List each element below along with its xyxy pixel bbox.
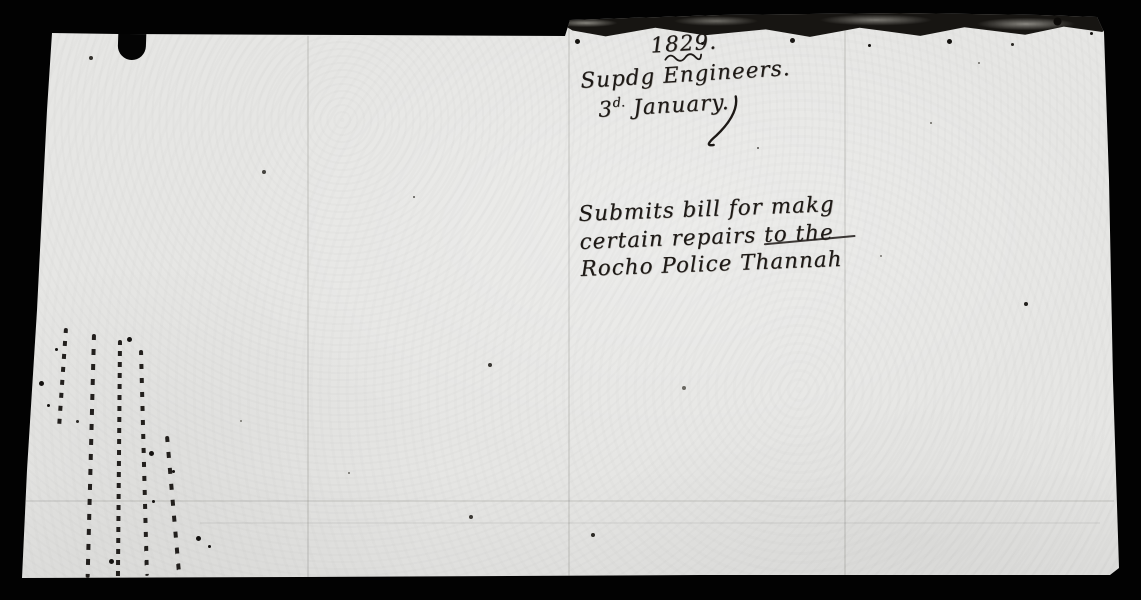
fold-crease-vertical-2	[568, 24, 570, 577]
paper-specks	[0, 0, 2, 2]
fold-crease-horizontal-2	[200, 522, 1100, 524]
torn-edge-ink-drips	[556, 36, 559, 39]
ink-bleed-column-5	[165, 436, 181, 576]
fold-crease-horizontal-1	[26, 500, 1114, 502]
ink-stray-marks	[0, 0, 3, 3]
ink-bleed-column-1	[57, 328, 68, 432]
note-block: Submits bill for makg certain repairs to…	[578, 191, 843, 283]
fold-crease-vertical-1	[307, 36, 309, 577]
ink-bleed-column-4	[139, 350, 149, 576]
scanner-background: 1829. Supdg Engineers. 3d. January. Subm…	[0, 0, 1141, 600]
punch-notch	[117, 26, 146, 61]
torn-edge-stain	[556, 11, 1108, 38]
ink-bleed-column-2	[86, 334, 96, 578]
docket-date-ordinal: d.	[612, 95, 625, 111]
docket-date-day: 3	[598, 97, 614, 123]
fold-crease-vertical-3	[844, 18, 846, 576]
document-page: 1829. Supdg Engineers. 3d. January. Subm…	[0, 0, 1141, 600]
january-flourish	[700, 94, 747, 151]
docket-annotation: 1829. Supdg Engineers. 3d. January.	[578, 27, 803, 124]
docket-year: 1829.	[650, 27, 799, 58]
ink-bleed-column-3	[116, 340, 122, 578]
